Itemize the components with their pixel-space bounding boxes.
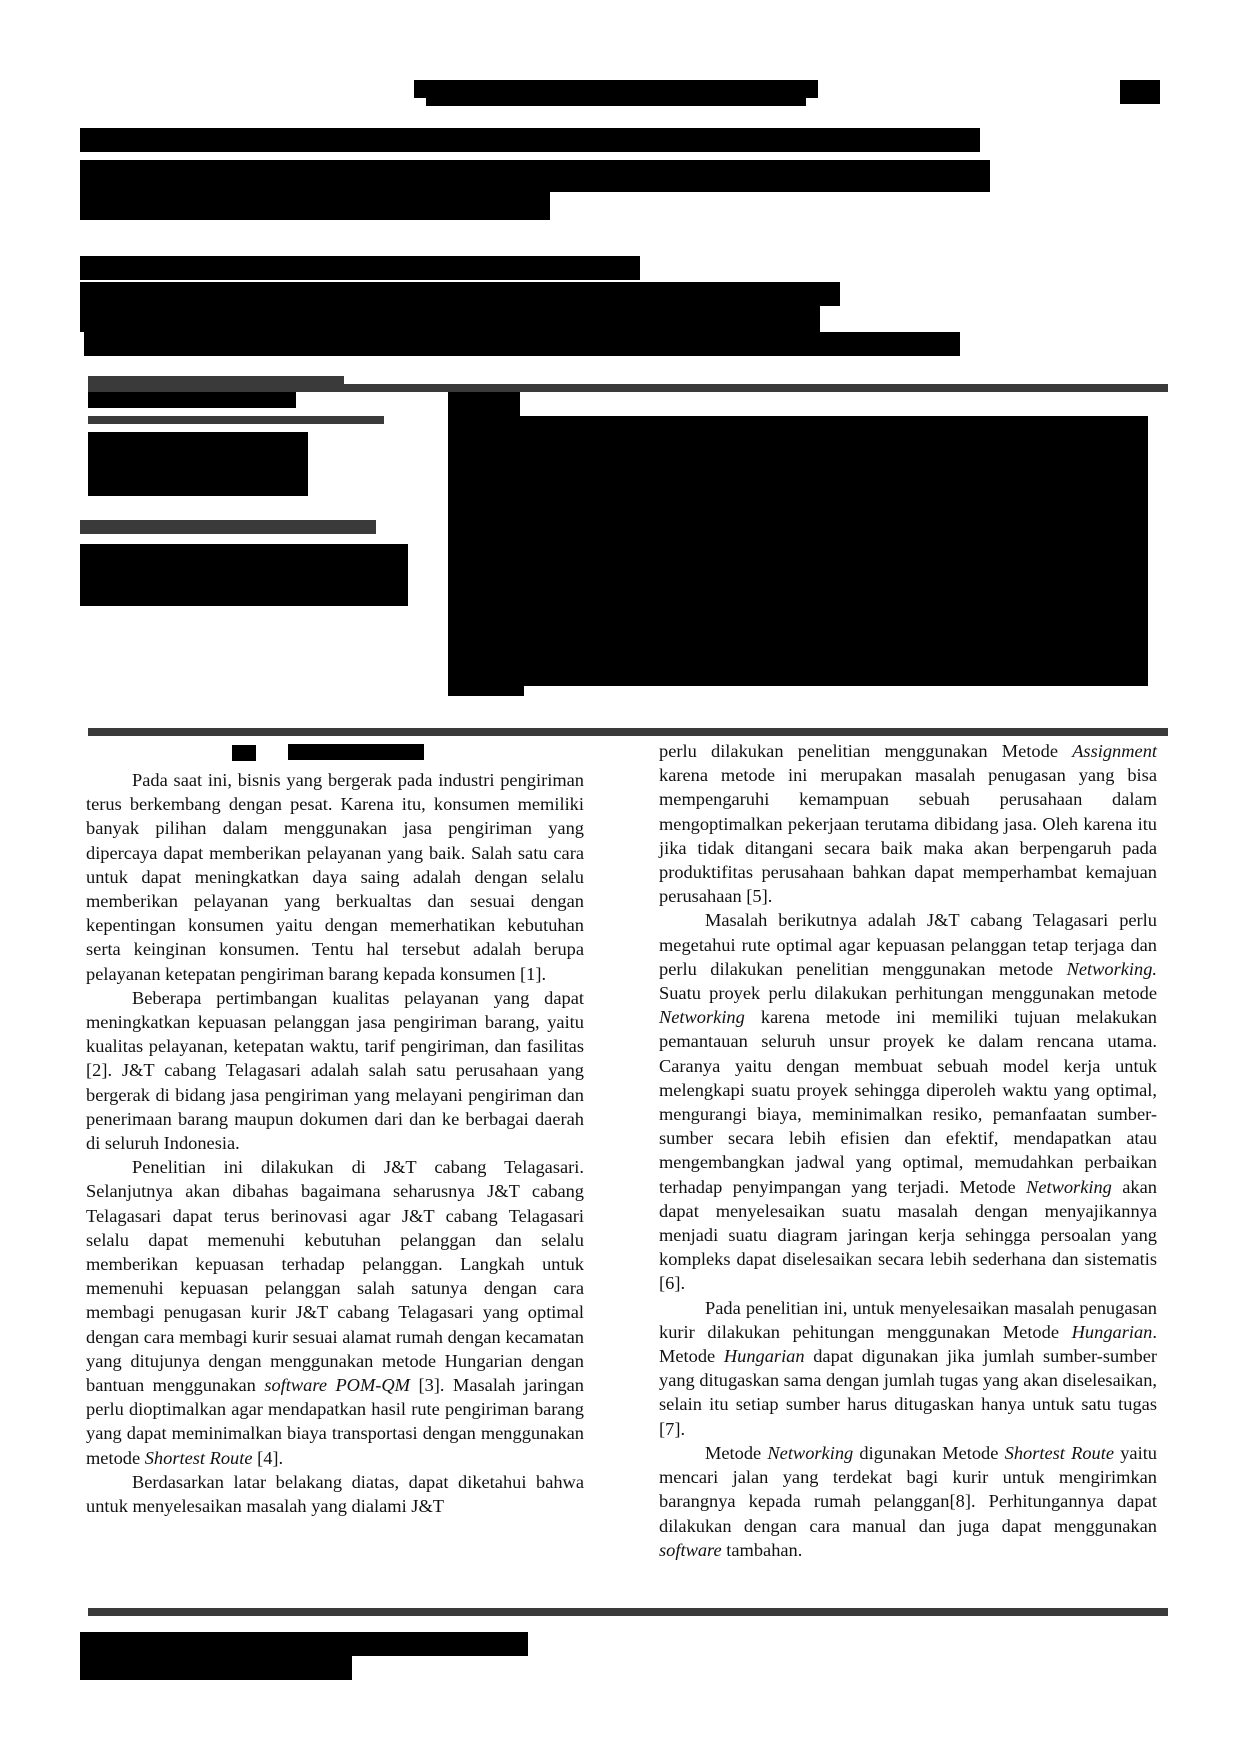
paragraph: Beberapa pertimbangan kualitas pelayanan… (86, 986, 584, 1155)
body-right-column: perlu dilakukan penelitian menggunakan M… (659, 739, 1157, 1562)
text-run: Beberapa pertimbangan kualitas pelayanan… (86, 988, 584, 1153)
footer-line-2-redacted (80, 1656, 352, 1680)
italic-term: software POM-QM (264, 1375, 410, 1395)
footer-line-1-redacted (80, 1632, 528, 1656)
text-run: [4]. (253, 1448, 284, 1468)
italic-term: Networking. (1067, 959, 1157, 979)
abstract-body-redacted (448, 416, 1148, 686)
text-run: karena metode ini merupakan masalah penu… (659, 765, 1157, 906)
body-left-column: Pada saat ini, bisnis yang bergerak pada… (86, 768, 584, 1518)
keywords-redacted (80, 544, 408, 606)
italic-term: Assignment (1072, 741, 1157, 761)
article-history-redacted (88, 432, 308, 496)
italic-term: Hungarian (724, 1346, 805, 1366)
footnote-rule (88, 1608, 1168, 1616)
running-header-redacted (414, 80, 818, 98)
paragraph: Masalah berikutnya adalah J&T cabang Tel… (659, 908, 1157, 1295)
italic-term: Shortest Route (1005, 1443, 1114, 1463)
text-run: Suatu proyek perlu dilakukan perhitungan… (659, 983, 1157, 1003)
italic-term: Networking (767, 1443, 853, 1463)
paragraph: Metode Networking digunakan Metode Short… (659, 1441, 1157, 1562)
italic-term: Hungarian (1072, 1322, 1153, 1342)
paragraph: Penelitian ini dilakukan di J&T cabang T… (86, 1155, 584, 1470)
section-heading-redacted (288, 744, 424, 760)
text-run: digunakan Metode (853, 1443, 1004, 1463)
italic-term: Shortest Route (145, 1448, 253, 1468)
italic-term: software (659, 1540, 722, 1560)
text-run: Pada saat ini, bisnis yang bergerak pada… (86, 770, 584, 984)
text-run: Penelitian ini dilakukan di J&T cabang T… (86, 1157, 584, 1395)
author-line-2-redacted (80, 282, 840, 306)
article-info-rule (88, 376, 344, 384)
paragraph: perlu dilakukan penelitian menggunakan M… (659, 739, 1157, 908)
title-line-2-redacted (80, 160, 990, 192)
abstract-tail-redacted (448, 672, 524, 696)
page-number-redacted (1120, 80, 1160, 104)
author-line-3-redacted (80, 306, 820, 332)
body-top-rule (88, 728, 1168, 736)
italic-term: Networking (1026, 1177, 1112, 1197)
article-info-heading-redacted (88, 392, 296, 408)
text-run: Metode (705, 1443, 767, 1463)
article-info-divider-1 (88, 416, 384, 424)
running-header-redacted-2 (426, 98, 806, 106)
author-line-4-redacted (84, 332, 960, 356)
top-rule (88, 384, 1168, 392)
text-run: tambahan. (722, 1540, 803, 1560)
paragraph: Pada saat ini, bisnis yang bergerak pada… (86, 768, 584, 986)
title-line-3-redacted (80, 192, 550, 220)
keywords-divider (80, 520, 376, 534)
paragraph: Berdasarkan latar belakang diatas, dapat… (86, 1470, 584, 1518)
paragraph: Pada penelitian ini, untuk menyelesaikan… (659, 1296, 1157, 1441)
italic-term: Networking (659, 1007, 745, 1027)
title-line-1-redacted (80, 128, 980, 152)
section-number-redacted (232, 745, 256, 761)
text-run: karena metode ini memiliki tujuan melaku… (659, 1007, 1157, 1196)
text-run: perlu dilakukan penelitian menggunakan M… (659, 741, 1072, 761)
text-run: Berdasarkan latar belakang diatas, dapat… (86, 1472, 584, 1516)
author-line-1-redacted (80, 256, 640, 280)
